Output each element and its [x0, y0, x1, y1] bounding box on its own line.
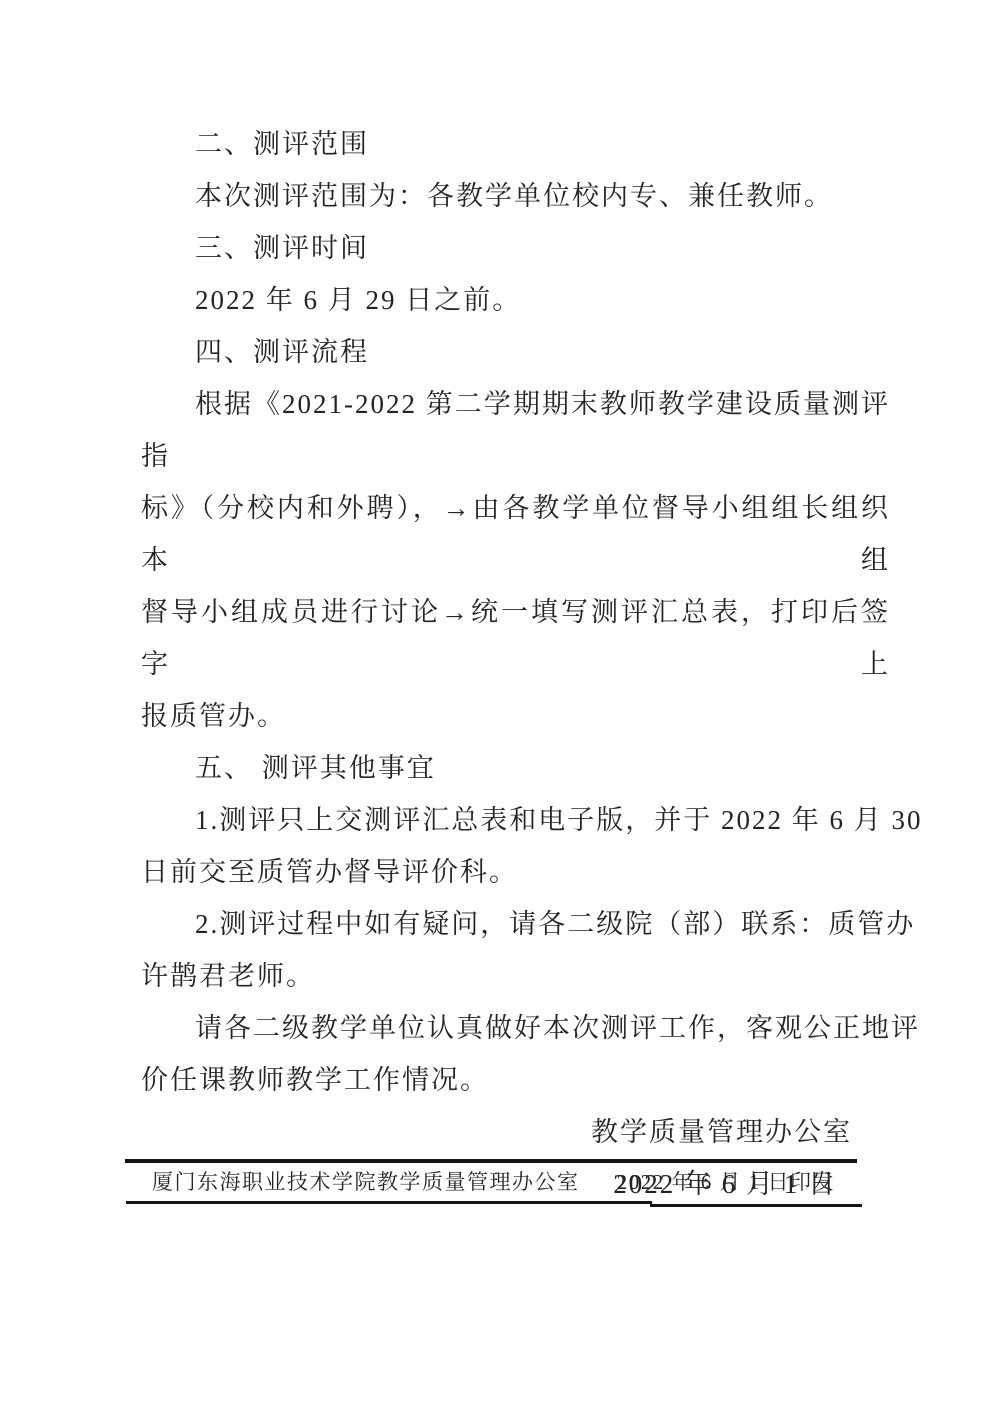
body-line: 日前交至质管办督导评价科。: [141, 846, 890, 898]
body-line: 2022 年 6 月 29 日之前。: [141, 274, 890, 326]
body-line: 根据《2021-2022 第二学期期末教师教学建设质量测评指: [141, 378, 890, 482]
footer-bottom-rule-right: [650, 1204, 862, 1207]
body-line: 四、测评流程: [141, 326, 890, 378]
document-page: 二、测评范围本次测评范围为：各教学单位校内专、兼任教师。三、测评时间2022 年…: [0, 0, 992, 1403]
body-line: 督导小组成员进行讨论→统一填写测评汇总表，打印后签字上: [141, 586, 890, 690]
footer-issuer: 厦门东海职业技术学院教学质量管理办公室: [152, 1166, 580, 1198]
body-line: 报质管办。: [141, 690, 890, 742]
body-line: 请各二级教学单位认真做好本次测评工作，客观公正地评: [141, 1002, 890, 1054]
document-body: 二、测评范围本次测评范围为：各教学单位校内专、兼任教师。三、测评时间2022 年…: [141, 118, 890, 1210]
signature-office: 教学质量管理办公室: [141, 1106, 890, 1158]
body-line: 二、测评范围: [141, 118, 890, 170]
body-lines-container: 二、测评范围本次测评范围为：各教学单位校内专、兼任教师。三、测评时间2022 年…: [141, 118, 890, 1106]
body-line: 本次测评范围为：各教学单位校内专、兼任教师。: [141, 170, 890, 222]
footer-bottom-rule-left: [126, 1201, 652, 1204]
body-line: 1.测评只上交测评汇总表和电子版，并于 2022 年 6 月 30: [141, 794, 890, 846]
footer-top-rule: [125, 1159, 857, 1163]
body-line: 许鹊君老师。: [141, 950, 890, 1002]
footer: 厦门东海职业技术学院教学质量管理办公室 2022 年 6 月 1 日印发: [152, 1166, 835, 1198]
body-line: 五、 测评其他事宜: [141, 742, 890, 794]
footer-print-date: 2022 年 6 月 1 日印发: [617, 1166, 835, 1198]
body-line: 标》（分校内和外聘），→由各教学单位督导小组组长组织本组: [141, 482, 890, 586]
body-line: 价任课教师教学工作情况。: [141, 1054, 890, 1106]
body-line: 2.测评过程中如有疑问，请各二级院（部）联系：质管办: [141, 898, 890, 950]
body-line: 三、测评时间: [141, 222, 890, 274]
